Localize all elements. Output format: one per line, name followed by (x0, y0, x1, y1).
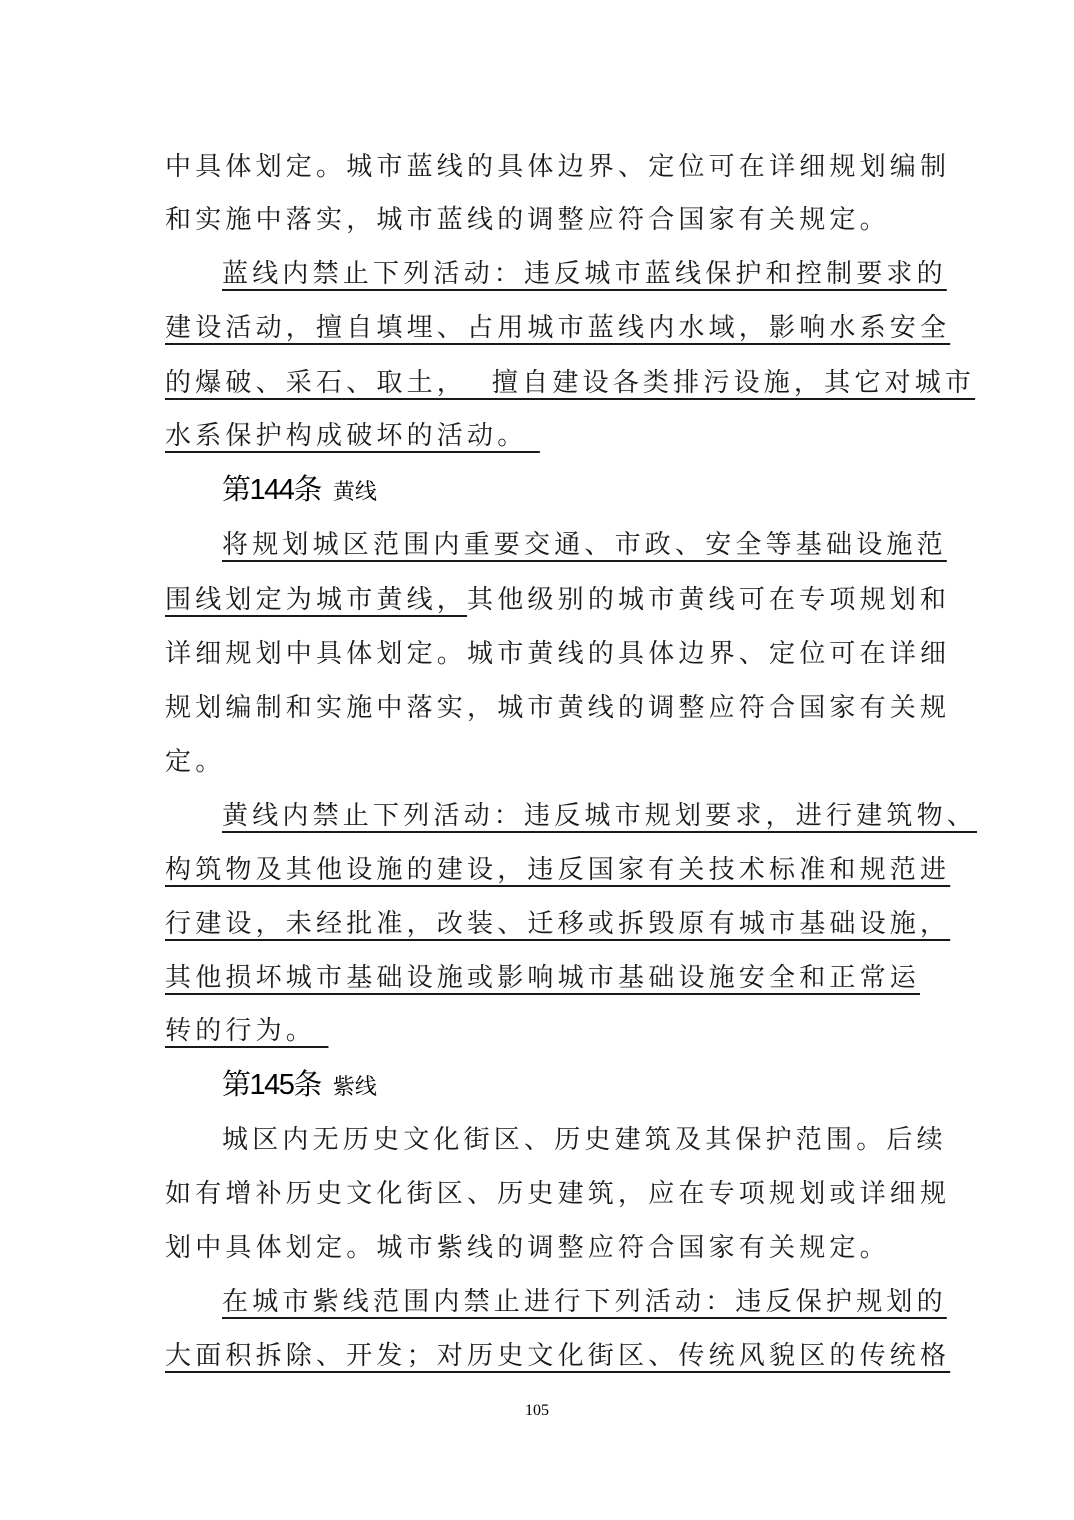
article-number: 第145条 (222, 1069, 321, 1101)
line-text: 蓝线内禁止下列活动：违反城市蓝线保护和控制要求的 (222, 259, 947, 289)
underlined-text: 围线划定为城市黄线， (165, 585, 467, 615)
line-text: 行建设，未经批准，改装、迁移或拆毁原有城市基础设施， (165, 909, 950, 939)
article-heading: 第144条黄线 (222, 468, 377, 512)
line-text: 城区内无历史文化街区、历史建筑及其保护范围。后续 (222, 1125, 947, 1155)
text-line: 划中具体划定。城市紫线的调整应符合国家有关规定。 (165, 1228, 890, 1268)
line-text: 的爆破、采石、取土， 擅自建设各类排污设施，其它对城市 (165, 368, 975, 398)
underlined-text-line: 构筑物及其他设施的建设，违反国家有关技术标准和规范进 (165, 850, 950, 890)
underlined-text-line: 大面积拆除、开发；对历史文化街区、传统风貌区的传统格 (165, 1336, 950, 1376)
line-text: 建设活动，擅自填埋、占用城市蓝线内水域，影响水系安全 (165, 313, 950, 343)
text-line: 和实施中落实，城市蓝线的调整应符合国家有关规定。 (165, 200, 890, 240)
plain-text: 其他级别的城市黄线可在专项规划和 (467, 585, 950, 615)
text-line: 规划编制和实施中落实，城市黄线的调整应符合国家有关规 (165, 688, 950, 728)
underlined-text-line: 其他损坏城市基础设施或影响城市基础设施安全和正常运 (165, 958, 920, 998)
article-number: 第144条 (222, 474, 321, 506)
page-number: 105 (0, 1402, 1074, 1420)
line-text: 如有增补历史文化街区、历史建筑，应在专项规划或详细规 (165, 1179, 950, 1209)
underlined-text-line: 将规划城区范围内重要交通、市政、安全等基础设施范 (222, 525, 947, 565)
line-text: 其他损坏城市基础设施或影响城市基础设施安全和正常运 (165, 963, 920, 993)
line-text: 定。 (165, 747, 225, 777)
text-line: 中具体划定。城市蓝线的具体边界、定位可在详细规划编制 (165, 147, 950, 187)
text-line: 如有增补历史文化街区、历史建筑，应在专项规划或详细规 (165, 1174, 950, 1214)
underlined-text-line: 在城市紫线范围内禁止进行下列活动：违反保护规划的 (222, 1282, 947, 1322)
underlined-text-line: 的爆破、采石、取土， 擅自建设各类排污设施，其它对城市 (165, 363, 975, 403)
line-text: 中具体划定。城市蓝线的具体边界、定位可在详细规划编制 (165, 152, 950, 182)
line-text: 黄线内禁止下列活动：违反城市规划要求，进行建筑物、 (222, 801, 977, 831)
underlined-text-line: 行建设，未经批准，改装、迁移或拆毁原有城市基础设施， (165, 904, 950, 944)
underlined-text-line: 黄线内禁止下列活动：违反城市规划要求，进行建筑物、 (222, 796, 977, 836)
line-text: 转的行为。 (165, 1016, 328, 1046)
article-heading: 第145条紫线 (222, 1063, 377, 1107)
line-text: 规划编制和实施中落实，城市黄线的调整应符合国家有关规 (165, 693, 950, 723)
text-line: 围线划定为城市黄线，其他级别的城市黄线可在专项规划和 (165, 580, 950, 620)
line-text: 和实施中落实，城市蓝线的调整应符合国家有关规定。 (165, 205, 890, 235)
article-title: 黄线 (333, 480, 377, 505)
line-text: 详细规划中具体划定。城市黄线的具体边界、定位可在详细 (165, 639, 950, 669)
line-text: 在城市紫线范围内禁止进行下列活动：违反保护规划的 (222, 1287, 947, 1317)
document-page: 中具体划定。城市蓝线的具体边界、定位可在详细规划编制和实施中落实，城市蓝线的调整… (0, 0, 1074, 1520)
underlined-text-line: 转的行为。 (165, 1011, 328, 1051)
text-line: 定。 (165, 742, 225, 782)
line-text: 大面积拆除、开发；对历史文化街区、传统风貌区的传统格 (165, 1341, 950, 1371)
article-title: 紫线 (333, 1075, 377, 1100)
line-text: 水系保护构成破坏的活动。 (165, 421, 540, 451)
text-line: 详细规划中具体划定。城市黄线的具体边界、定位可在详细 (165, 634, 950, 674)
line-text: 构筑物及其他设施的建设，违反国家有关技术标准和规范进 (165, 855, 950, 885)
underlined-text-line: 蓝线内禁止下列活动：违反城市蓝线保护和控制要求的 (222, 254, 947, 294)
text-line: 城区内无历史文化街区、历史建筑及其保护范围。后续 (222, 1120, 947, 1160)
underlined-text-line: 水系保护构成破坏的活动。 (165, 416, 540, 456)
underlined-text-line: 建设活动，擅自填埋、占用城市蓝线内水域，影响水系安全 (165, 308, 950, 348)
line-text: 划中具体划定。城市紫线的调整应符合国家有关规定。 (165, 1233, 890, 1263)
line-text: 将规划城区范围内重要交通、市政、安全等基础设施范 (222, 530, 947, 560)
